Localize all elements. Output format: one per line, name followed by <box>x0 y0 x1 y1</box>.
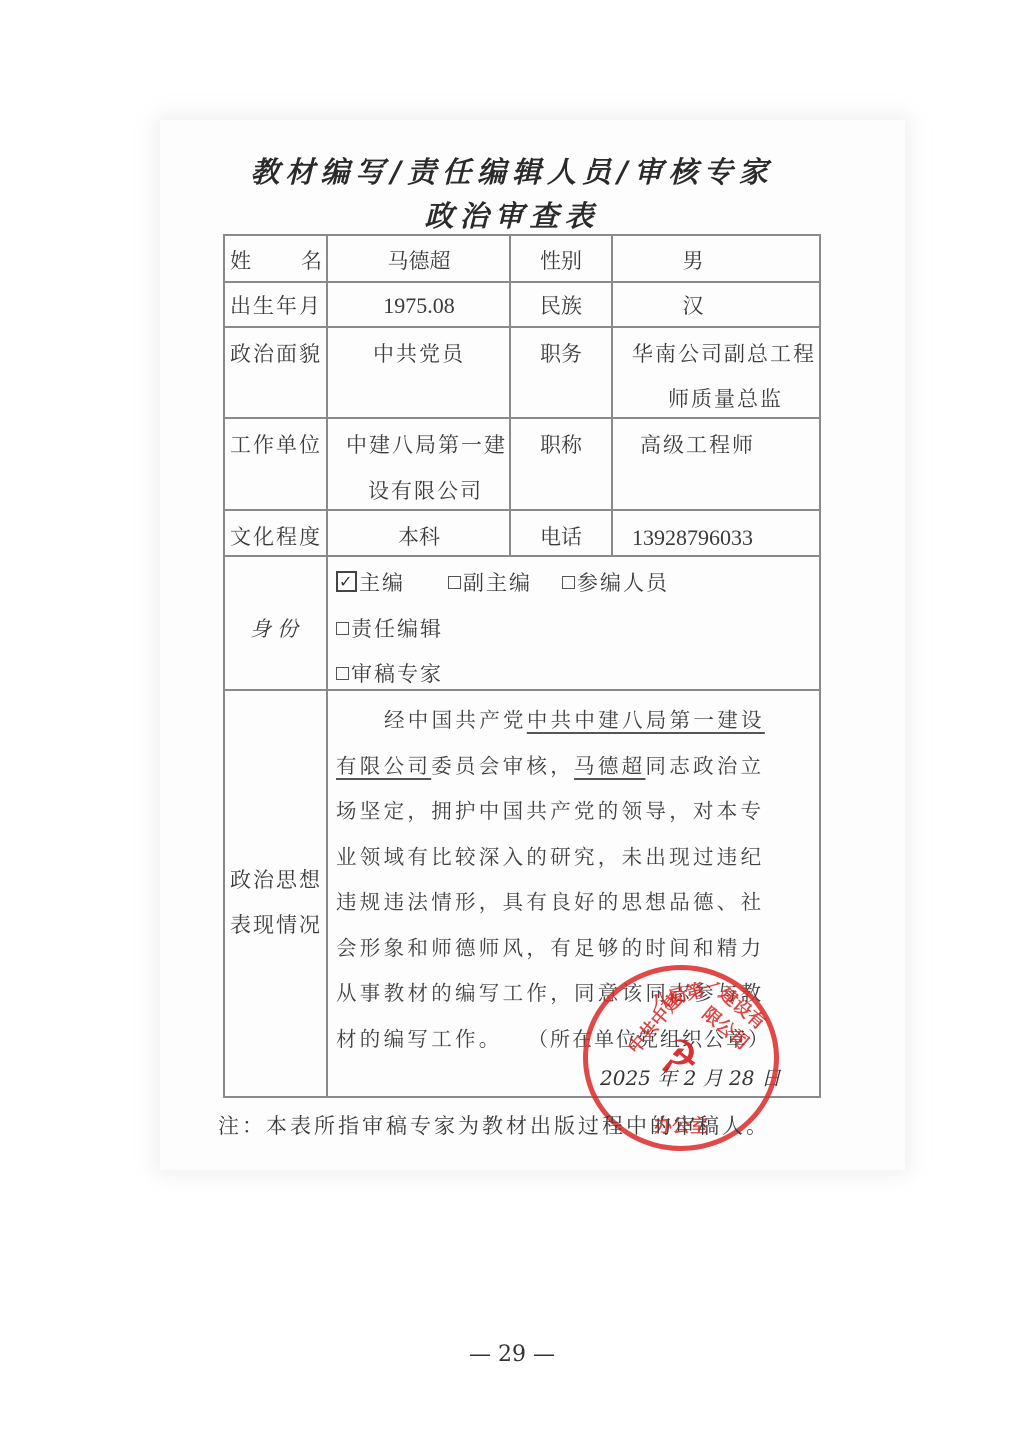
phone-label: 电话 <box>511 514 611 560</box>
identity-option-reviewer[interactable]: 审稿专家 <box>336 651 443 697</box>
identity-option-chief-editor[interactable]: 主编 <box>336 560 405 606</box>
checkbox-icon[interactable] <box>336 667 349 680</box>
title-value: 高级工程师 <box>640 422 755 468</box>
statement-name-underlined: 马德超 <box>574 754 645 778</box>
gender-value: 男 <box>613 238 773 284</box>
checkbox-icon[interactable] <box>448 576 461 589</box>
identity-option-contributor[interactable]: 参编人员 <box>562 560 669 606</box>
performance-label-line1: 政治思想 <box>230 857 322 903</box>
name-label-char2: 名 <box>301 238 322 284</box>
title-label: 职称 <box>511 422 611 468</box>
gender-label: 性别 <box>511 238 611 284</box>
checkbox-icon[interactable] <box>562 576 575 589</box>
position-label: 职务 <box>511 331 611 377</box>
identity-label: 身份 <box>250 606 304 652</box>
ethnicity-label: 民族 <box>511 283 611 329</box>
employer-label: 工作单位 <box>230 422 322 468</box>
education-label: 文化程度 <box>230 514 322 560</box>
statement-part: 经中国共产党 <box>384 708 527 732</box>
hammer-sickle-icon: ☭ <box>658 1030 699 1084</box>
identity-option-responsible-editor[interactable]: 责任编辑 <box>336 606 443 652</box>
form-title-line1: 教材编写/责任编辑人员/审核专家 <box>0 150 1024 191</box>
name-label: 姓名 <box>230 238 322 284</box>
political-label: 政治面貌 <box>230 331 322 377</box>
phone-value: 13928796033 <box>632 515 753 561</box>
employer-value-line1: 中建八局第一建 <box>346 422 507 468</box>
identity-option-deputy-editor[interactable]: 副主编 <box>448 560 532 606</box>
page-number: — 29 — <box>0 1342 1024 1367</box>
identity-option-label: 参编人员 <box>577 571 669 595</box>
performance-label-line2: 表现情况 <box>230 902 322 948</box>
checkbox-icon[interactable] <box>336 622 349 635</box>
identity-option-label: 副主编 <box>463 571 532 595</box>
footnote: 注：本表所指审稿专家为教材出版过程中的审稿人。 <box>218 1110 770 1140</box>
checkbox-checked-icon[interactable] <box>336 571 357 592</box>
ethnicity-value: 汉 <box>613 283 773 329</box>
employer-value-line2: 设有限公司 <box>368 468 483 514</box>
identity-option-label: 责任编辑 <box>351 617 443 641</box>
birth-value: 1975.08 <box>328 283 510 329</box>
identity-option-label: 主编 <box>359 571 405 595</box>
statement-part: 委员会审核， <box>431 754 574 778</box>
form-title-line2: 政治审查表 <box>0 194 1024 235</box>
name-label-char1: 姓 <box>230 238 251 284</box>
position-value-line1: 华南公司副总工程 <box>632 331 816 377</box>
position-value-line2: 师质量总监 <box>668 376 783 422</box>
birth-label: 出生年月 <box>230 283 322 329</box>
education-value: 本科 <box>328 514 510 560</box>
name-value: 马德超 <box>328 238 510 284</box>
political-value: 中共党员 <box>328 331 510 377</box>
row-divider <box>223 509 821 511</box>
row-divider <box>223 689 821 691</box>
identity-option-label: 审稿专家 <box>351 662 443 686</box>
